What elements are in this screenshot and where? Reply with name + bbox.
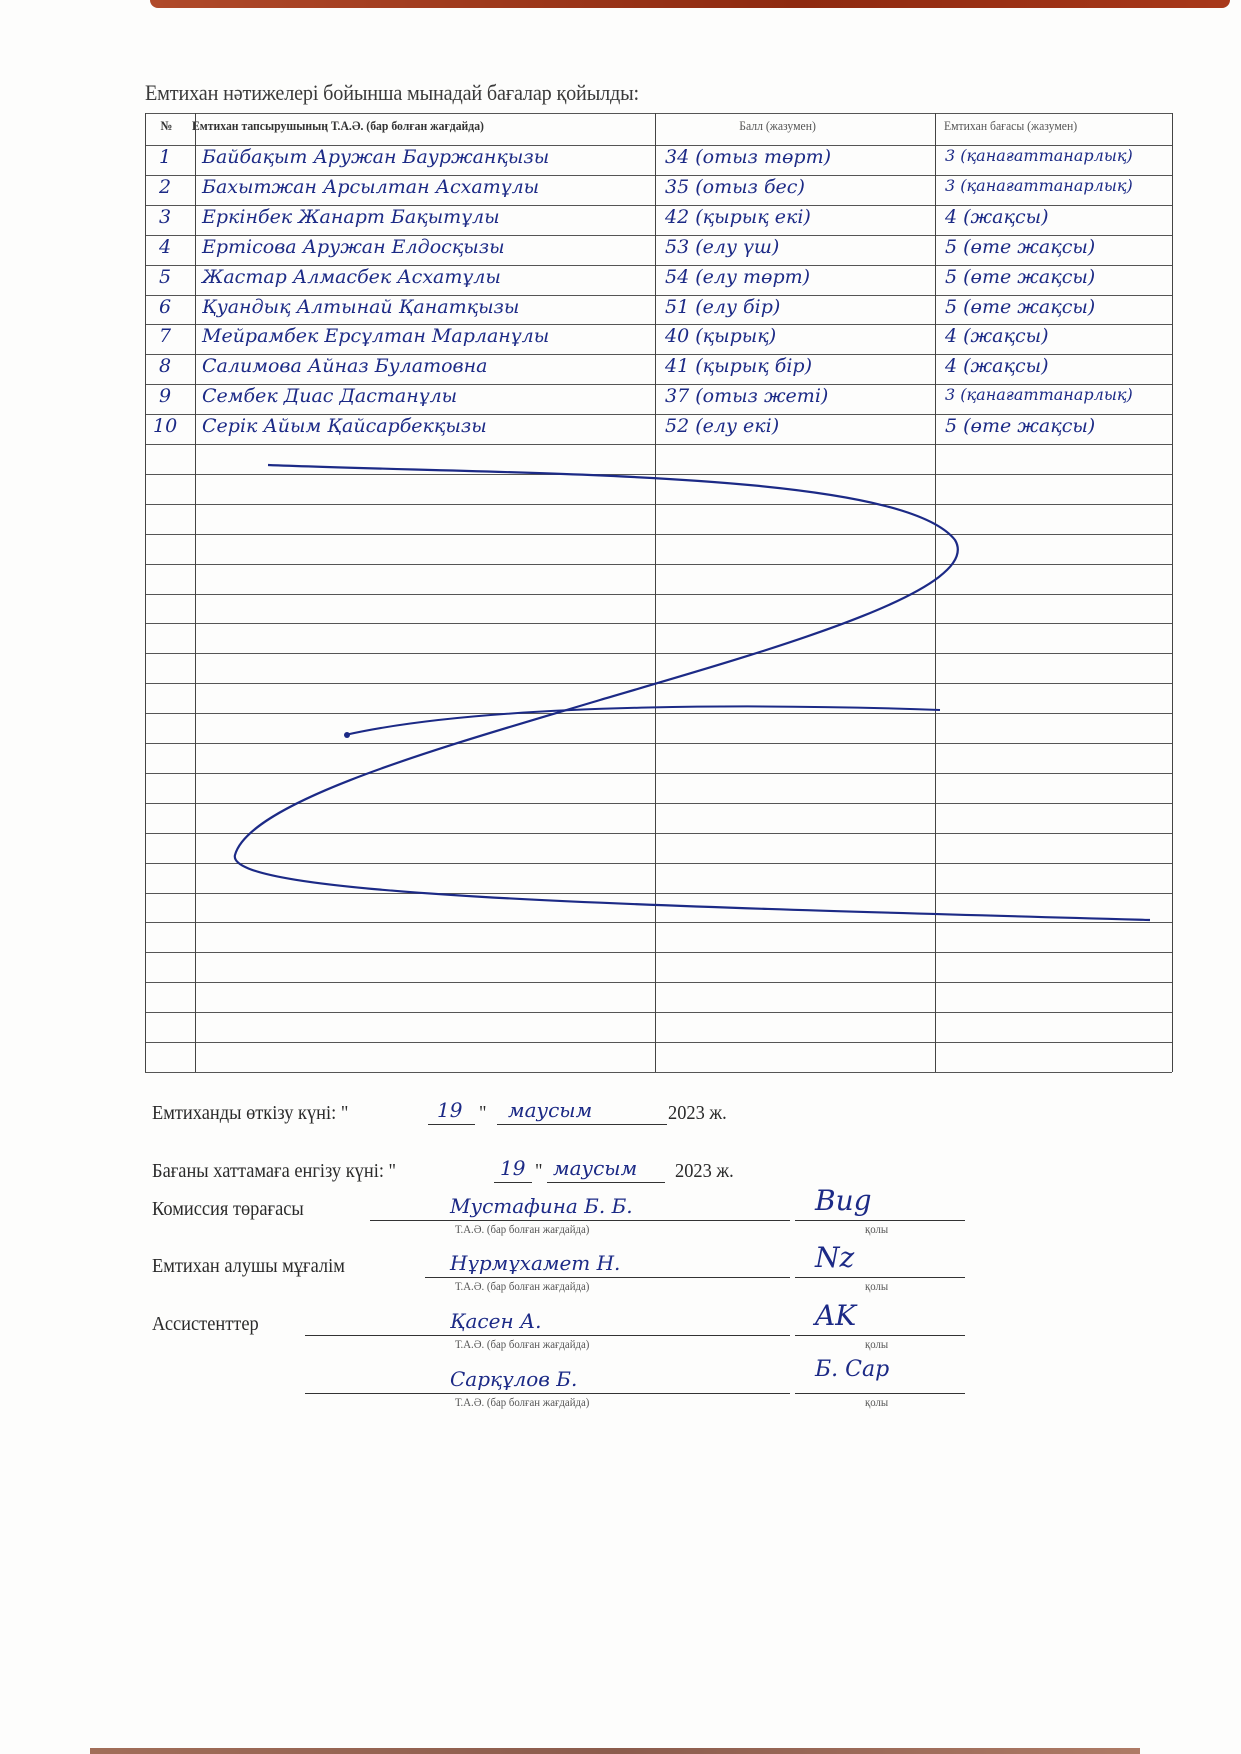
exam-grade: 4 (жақсы) — [945, 355, 1048, 377]
table-row-line — [145, 893, 1172, 894]
row-number: 4 — [159, 236, 171, 258]
exam-date-day: 19 — [437, 1098, 462, 1122]
intro-heading: Емтихан нәтижелері бойынша мынадай бағал… — [145, 80, 639, 106]
student-name: Еркінбек Жанарт Бақытұлы — [202, 206, 500, 228]
table-column-line — [195, 113, 196, 1072]
score-in-words: 54 (елу төрт) — [665, 266, 810, 288]
signature-role: Ассистенттер — [152, 1313, 259, 1336]
handwritten-signature: Bug — [815, 1184, 872, 1217]
handwritten-signature: Nz — [815, 1241, 854, 1274]
exam-grade: 4 (жақсы) — [945, 325, 1048, 347]
table-row-line — [145, 683, 1172, 684]
score-in-words: 52 (елу екі) — [665, 415, 779, 437]
cross-out-scribble — [0, 0, 1241, 1754]
table-row-line — [145, 833, 1172, 834]
row-number: 3 — [159, 206, 171, 228]
table-row-line — [145, 922, 1172, 923]
table-row-line — [145, 623, 1172, 624]
entry-date-month: маусым — [553, 1156, 637, 1180]
exam-date-month: маусым — [508, 1098, 592, 1122]
signature-role: Емтихан алушы мұғалім — [152, 1255, 345, 1278]
exam-date-label: Емтиханды өткізу күні: " — [152, 1102, 348, 1125]
entry-date-year: 2023 ж. — [675, 1160, 734, 1183]
exam-grade: 4 (жақсы) — [945, 206, 1048, 228]
exam-date-quote: " — [479, 1102, 487, 1125]
table-row-line — [145, 113, 1172, 114]
handwritten-signature: Б. Сар — [815, 1357, 889, 1382]
name-caption: Т.А.Ә. (бар болған жағдайда) — [455, 1279, 589, 1294]
name-underline — [305, 1335, 790, 1336]
table-column-line — [1172, 113, 1173, 1072]
exam-grade: 5 (өте жақсы) — [945, 236, 1095, 258]
signature-underline — [795, 1277, 965, 1278]
name-underline — [425, 1277, 790, 1278]
student-name: Салимова Айназ Булатовна — [202, 355, 487, 377]
signature-caption: қолы — [865, 1222, 888, 1237]
table-row-line — [145, 982, 1172, 983]
table-column-line — [145, 113, 146, 1072]
row-number: 8 — [159, 355, 171, 377]
name-underline — [370, 1220, 790, 1221]
signatory-name: Сарқұлов Б. — [450, 1367, 577, 1391]
student-name: Серік Айым Қайсарбекқызы — [202, 415, 487, 437]
student-name: Сембек Диас Дастанұлы — [202, 385, 457, 407]
name-underline — [305, 1393, 790, 1394]
table-row-line — [145, 444, 1172, 445]
header-score: Балл (жазумен) — [739, 118, 816, 134]
exam-grade: 3 (қанағаттанарлық) — [945, 146, 1133, 165]
row-number: 10 — [153, 415, 177, 437]
score-in-words: 40 (қырық) — [665, 325, 776, 347]
table-row-line — [145, 1072, 1172, 1073]
exam-grade: 3 (қанағаттанарлық) — [945, 385, 1133, 404]
signature-underline — [795, 1335, 965, 1336]
signature-underline — [795, 1220, 965, 1221]
name-caption: Т.А.Ә. (бар болған жағдайда) — [455, 1222, 589, 1237]
row-number: 6 — [159, 296, 171, 318]
table-row-line — [145, 863, 1172, 864]
exam-grade: 5 (өте жақсы) — [945, 415, 1095, 437]
table-column-line — [655, 113, 656, 1072]
table-row-line — [145, 504, 1172, 505]
exam-date-year: 2023 ж. — [668, 1102, 727, 1125]
table-row-line — [145, 713, 1172, 714]
table-row-line — [145, 803, 1172, 804]
header-grade: Емтихан бағасы (жазумен) — [944, 118, 1077, 134]
row-number: 1 — [159, 146, 171, 168]
exam-grade: 5 (өте жақсы) — [945, 266, 1095, 288]
score-in-words: 35 (отыз бес) — [665, 176, 805, 198]
student-name: Бахытжан Арсылтан Асхатұлы — [202, 176, 539, 198]
score-in-words: 41 (қырық бір) — [665, 355, 812, 377]
name-caption: Т.А.Ә. (бар болған жағдайда) — [455, 1395, 589, 1410]
exam-grade: 3 (қанағаттанарлық) — [945, 176, 1133, 195]
row-number: 9 — [159, 385, 171, 407]
table-row-line — [145, 773, 1172, 774]
signature-underline — [795, 1393, 965, 1394]
header-name: Емтихан тапсырушының Т.А.Ә. (бар болған … — [192, 118, 484, 134]
row-number: 5 — [159, 266, 171, 288]
score-in-words: 34 (отыз төрт) — [665, 146, 831, 168]
page-edge-bottom — [90, 1748, 1140, 1754]
signatory-name: Нұрмұхамет Н. — [450, 1251, 620, 1275]
table-row-line — [145, 743, 1172, 744]
table-row-line — [145, 534, 1172, 535]
student-name: Мейрамбек Ерсұлтан Марланұлы — [202, 325, 549, 347]
table-row-line — [145, 952, 1172, 953]
name-caption: Т.А.Ә. (бар болған жағдайда) — [455, 1337, 589, 1352]
signature-caption: қолы — [865, 1337, 888, 1352]
table-column-line — [935, 113, 936, 1072]
exam-grade: 5 (өте жақсы) — [945, 296, 1095, 318]
score-in-words: 51 (елу бір) — [665, 296, 780, 318]
header-number: № — [161, 118, 173, 134]
table-row-line — [145, 1012, 1172, 1013]
entry-date-label: Бағаны хаттамаға енгізу күні: " — [152, 1160, 396, 1183]
student-name: Жастар Алмасбек Асхатұлы — [202, 266, 501, 288]
table-row-line — [145, 474, 1172, 475]
entry-date-day: 19 — [500, 1156, 525, 1180]
row-number: 7 — [159, 325, 171, 347]
score-in-words: 42 (қырық екі) — [665, 206, 811, 228]
signature-caption: қолы — [865, 1279, 888, 1294]
score-in-words: 53 (елу үш) — [665, 236, 779, 258]
student-name: Байбақыт Аружан Бауржанқызы — [202, 146, 549, 168]
table-row-line — [145, 653, 1172, 654]
signature-caption: қолы — [865, 1395, 888, 1410]
table-row-line — [145, 1042, 1172, 1043]
table-row-line — [145, 564, 1172, 565]
entry-date-quote: " — [535, 1160, 543, 1183]
page-edge-top — [150, 0, 1230, 8]
student-name: Ертісова Аружан Елдосқызы — [202, 236, 505, 258]
signature-role: Комиссия төрағасы — [152, 1198, 304, 1221]
signatory-name: Қасен А. — [450, 1309, 541, 1333]
table-row-line — [145, 594, 1172, 595]
row-number: 2 — [159, 176, 171, 198]
signatory-name: Мустафина Б. Б. — [450, 1194, 633, 1218]
score-in-words: 37 (отыз жеті) — [665, 385, 828, 407]
handwritten-signature: AK — [815, 1299, 856, 1332]
student-name: Қуандық Алтынай Қанатқызы — [202, 296, 519, 318]
